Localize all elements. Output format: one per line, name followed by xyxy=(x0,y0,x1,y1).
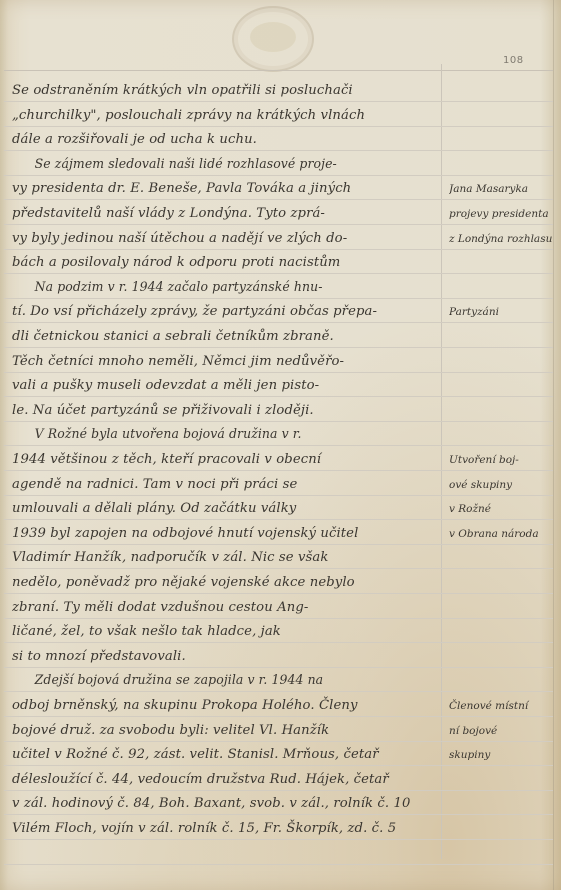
handwritten-line: bojové druž. za svobodu byli: velitel Vl… xyxy=(12,719,438,743)
page-number: 108 xyxy=(503,55,524,66)
handwritten-line: v zál. hodinový č. 84, Boh. Baxant, svob… xyxy=(12,792,438,816)
margin-note: v Obrana národa xyxy=(449,522,557,546)
handwritten-line: odboj brněnský, na skupinu Prokopa Holéh… xyxy=(12,694,438,718)
margin-note: projevy presidenta xyxy=(449,202,557,226)
margin-note: v Rožné xyxy=(449,497,557,521)
handwritten-line: agendě na radnici. Tam v noci při práci … xyxy=(12,473,438,497)
handwritten-line: Těch četníci mnoho neměli, Němci jim ned… xyxy=(12,350,438,374)
margin-note: Utvoření boj- xyxy=(449,448,557,472)
margin-note: Členové místní xyxy=(449,694,557,718)
handwritten-line: Se odstraněním krátkých vln opatřili si … xyxy=(12,79,438,103)
margin-note: ové skupiny xyxy=(449,473,557,497)
ruled-line xyxy=(4,864,553,865)
handwritten-line: V Rožné byla utvořena bojová družina v r… xyxy=(12,423,414,447)
handwritten-line: Zdejší bojová družina se zapojila v r. 1… xyxy=(12,669,414,693)
header-rule xyxy=(4,70,553,71)
manuscript-page: 108 Se odstraněním krátkých vln opatřili… xyxy=(0,0,561,890)
handwritten-line: le. Na účet partyzánů se přiživovali i z… xyxy=(12,399,438,423)
margin-column-divider xyxy=(441,64,442,859)
handwritten-line: vy presidenta dr. E. Beneše, Pavla Továk… xyxy=(12,177,438,201)
faded-round-stamp xyxy=(232,6,314,72)
handwritten-line: Na podzim v r. 1944 začalo partyzánské h… xyxy=(12,276,414,300)
handwritten-line: nedělo, poněvadž pro nějaké vojenské akc… xyxy=(12,571,438,595)
margin-note: skupiny xyxy=(449,743,557,767)
handwritten-line: Vilém Floch, vojín v zál. rolník č. 15, … xyxy=(12,817,438,841)
handwritten-line: ličané, žel, to však nešlo tak hladce, j… xyxy=(12,620,438,644)
handwritten-line: Vladimír Hanžík, nadporučík v zál. Nic s… xyxy=(12,546,438,570)
handwritten-line: dále a rozšiřovali je od ucha k uchu. xyxy=(12,128,438,152)
handwritten-line: tí. Do vsí přicházely zprávy, že partyzá… xyxy=(12,300,438,324)
handwritten-line: 1944 většinou z těch, kteří pracovali v … xyxy=(12,448,438,472)
stamp-center xyxy=(250,22,296,52)
handwritten-line: představitelů naší vlády z Londýna. Tyto… xyxy=(12,202,438,226)
handwritten-line: zbraní. Ty měli dodat vzdušnou cestou An… xyxy=(12,596,438,620)
handwritten-line: délesloužící č. 44, vedoucím družstva Ru… xyxy=(12,768,438,792)
handwritten-line: vy byly jedinou naší útěchou a nadějí ve… xyxy=(12,227,438,251)
handwritten-line: „churchilky", poslouchali zprávy na krát… xyxy=(12,104,438,128)
margin-note: Jana Masaryka xyxy=(449,177,557,201)
handwritten-line: vali a pušky museli odevzdat a měli jen … xyxy=(12,374,438,398)
margin-note: z Londýna rozhlasu xyxy=(449,227,557,251)
handwritten-line: dli četnickou stanici a sebrali četníkům… xyxy=(12,325,438,349)
handwritten-line: bách a posilovaly národ k odporu proti n… xyxy=(12,251,438,275)
handwritten-line: umlouvali a dělali plány. Od začátku vál… xyxy=(12,497,438,521)
handwritten-line: Se zájmem sledovali naši lidé rozhlasové… xyxy=(12,153,414,177)
margin-note: Partyzáni xyxy=(449,300,557,324)
margin-note: ní bojové xyxy=(449,719,557,743)
handwritten-line: 1939 byl zapojen na odbojové hnutí vojen… xyxy=(12,522,438,546)
handwritten-line: si to mnozí představovali. xyxy=(12,645,438,669)
handwritten-line: učitel v Rožné č. 92, zást. velit. Stani… xyxy=(12,743,438,767)
